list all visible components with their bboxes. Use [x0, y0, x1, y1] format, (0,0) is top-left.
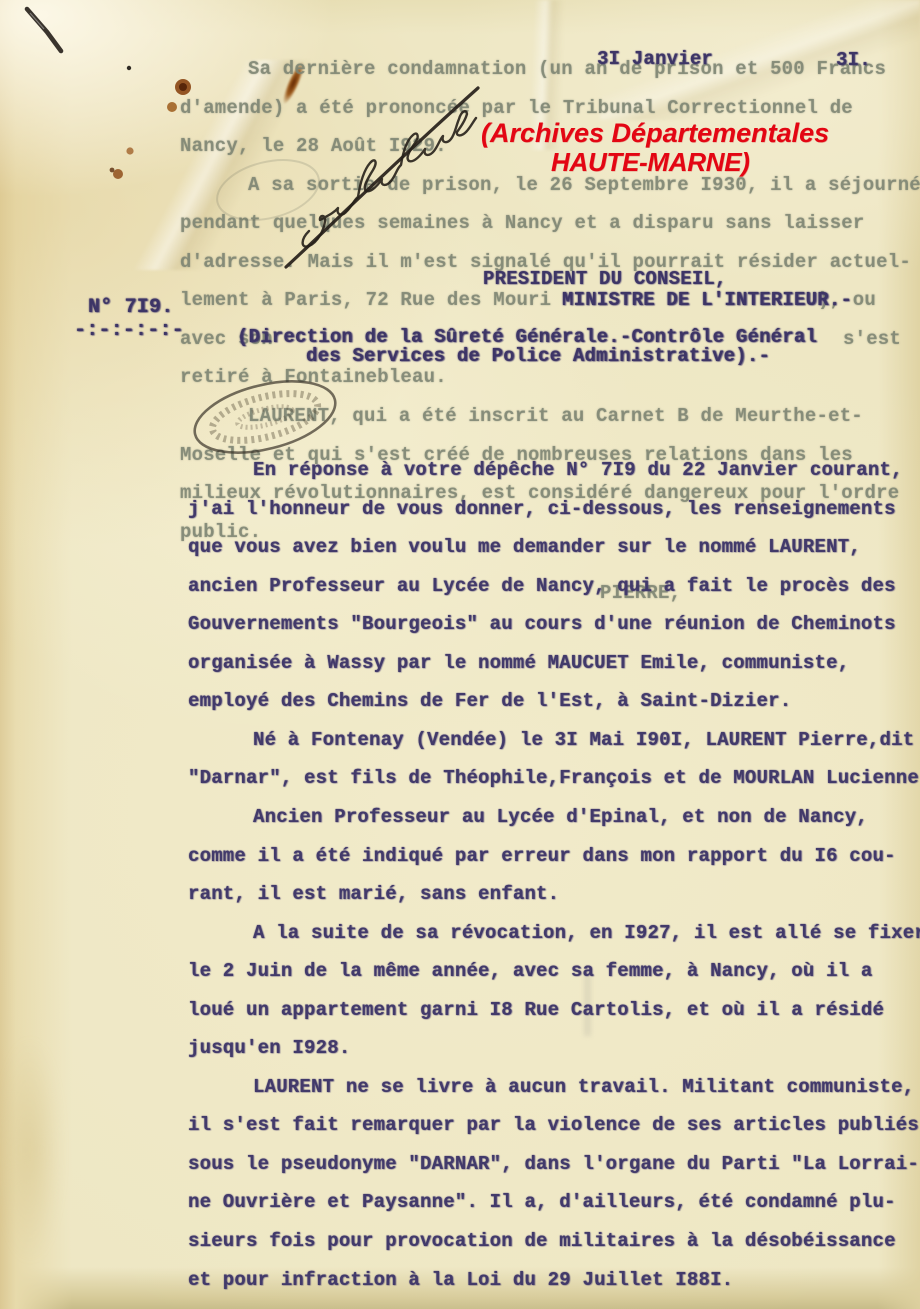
ghost-line: Sa dernière condamnation (un an de priso… — [248, 60, 886, 79]
typed-line: A la suite de sa révocation, en I927, il… — [253, 924, 920, 943]
typed-line: rant, il est marié, sans enfant. — [188, 885, 559, 904]
typed-line: Gouvernements "Bourgeois" au cours d'une… — [188, 615, 896, 634]
reference-separator: -:-:-:-:- — [74, 321, 184, 341]
typed-line: organisée à Wassy par le nommé MAUCUET E… — [188, 654, 849, 673]
typed-line: le 2 Juin de la même année, avec sa femm… — [188, 962, 873, 981]
ghost-line: d'amende) a été prononcée par le Tribuna… — [180, 99, 853, 118]
typed-line: LAURENT ne se livre à aucun travail. Mil… — [253, 1078, 914, 1097]
ghost-fragment: s'est — [843, 330, 901, 349]
typed-line: comme il a été indiqué par erreur dans m… — [188, 847, 896, 866]
typed-line: il s'est fait remarquer par la violence … — [188, 1116, 919, 1135]
typed-line: j'ai l'honneur de vous donner, ci-dessou… — [188, 500, 896, 519]
typed-line: "Darnar", est fils de Théophile,François… — [188, 769, 919, 788]
typed-line: sous le pseudonyme "DARNAR", dans l'orga… — [188, 1155, 919, 1174]
document-page: Sa dernière condamnation (un an de priso… — [0, 0, 920, 1309]
typed-line: que vous avez bien voulu me demander sur… — [188, 538, 861, 557]
ghost-line: lement à Paris, 72 Rue des Mouri — [180, 291, 551, 310]
archive-overlay-line: HAUTE-MARNE) — [551, 147, 750, 178]
staple-mark-icon — [27, 9, 61, 51]
typed-line: Né à Fontenay (Vendée) le 3I Mai I90I, L… — [253, 731, 914, 750]
ghost-line: retiré à Fontainebleau. — [180, 368, 447, 387]
paper-stain — [0, 1040, 60, 1260]
archive-overlay-line: (Archives Départementales — [481, 118, 829, 149]
addressee-line: des Services de Police Administrative).- — [306, 347, 770, 366]
ghost-line: pendant quelques semaines à Nancy et a d… — [180, 214, 865, 233]
addressee-line: MINISTRE DE L'INTERIEUR.- — [562, 291, 852, 310]
typed-line: employé des Chemins de Fer de l'Est, à S… — [188, 692, 791, 711]
addressee-line: PRESIDENT DU CONSEIL, — [483, 270, 727, 289]
typed-line: jusqu'en I928. — [188, 1039, 350, 1058]
page-number: 3I. — [836, 51, 871, 70]
ghost-line: LAURENT, qui a été inscrit au Carnet B d… — [248, 407, 863, 426]
typed-line: loué un appartement garni I8 Rue Cartoli… — [188, 1001, 884, 1020]
typed-line: En réponse à votre dépêche N° 7I9 du 22 … — [253, 461, 903, 480]
typed-line: et pour infraction à la Loi du 29 Juille… — [188, 1271, 733, 1290]
reference-number: N° 7I9. — [88, 298, 173, 318]
typed-line: Ancien Professeur au Lycée d'Epinal, et … — [253, 808, 868, 827]
typed-line: sieurs fois pour provocation de militair… — [188, 1232, 896, 1251]
typed-line: ancien Professeur au Lycée de Nancy, qui… — [188, 577, 896, 596]
date-line: 3I Janvier — [597, 50, 713, 69]
typed-line: ne Ouvrière et Paysanne". Il a, d'ailleu… — [188, 1193, 896, 1212]
